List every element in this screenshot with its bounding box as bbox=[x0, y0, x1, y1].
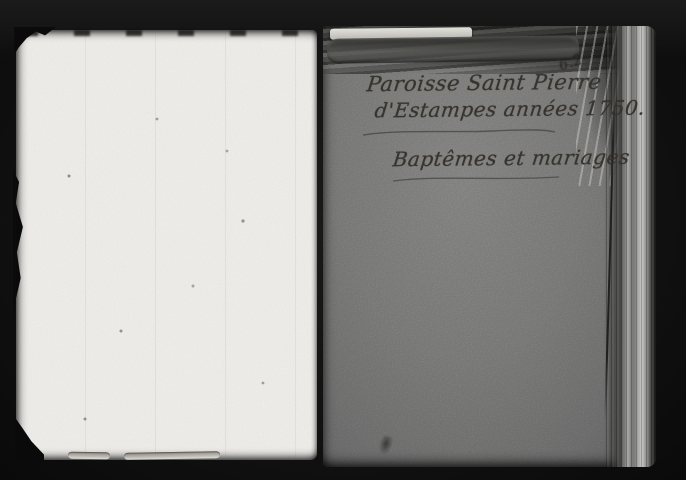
handwritten-subtitle: Baptêmes et mariages bbox=[392, 145, 632, 171]
paper-grain-texture bbox=[16, 30, 317, 460]
handwritten-title-line1: Paroisse Saint Pierre bbox=[366, 70, 603, 96]
handwritten-title-line2: d'Estampes années 1750. bbox=[373, 96, 646, 123]
cover-fold-band bbox=[327, 35, 579, 64]
handwritten-underline-subtitle bbox=[391, 172, 563, 186]
handwritten-underline-title bbox=[361, 125, 559, 139]
register-cover-page: 6.2 Paroisse Saint Pierre d'Estampes ann… bbox=[323, 26, 656, 467]
scanned-register-image: 6.2 Paroisse Saint Pierre d'Estampes ann… bbox=[0, 0, 686, 480]
cover-spine-binding bbox=[604, 26, 656, 467]
blank-left-page bbox=[16, 30, 317, 460]
